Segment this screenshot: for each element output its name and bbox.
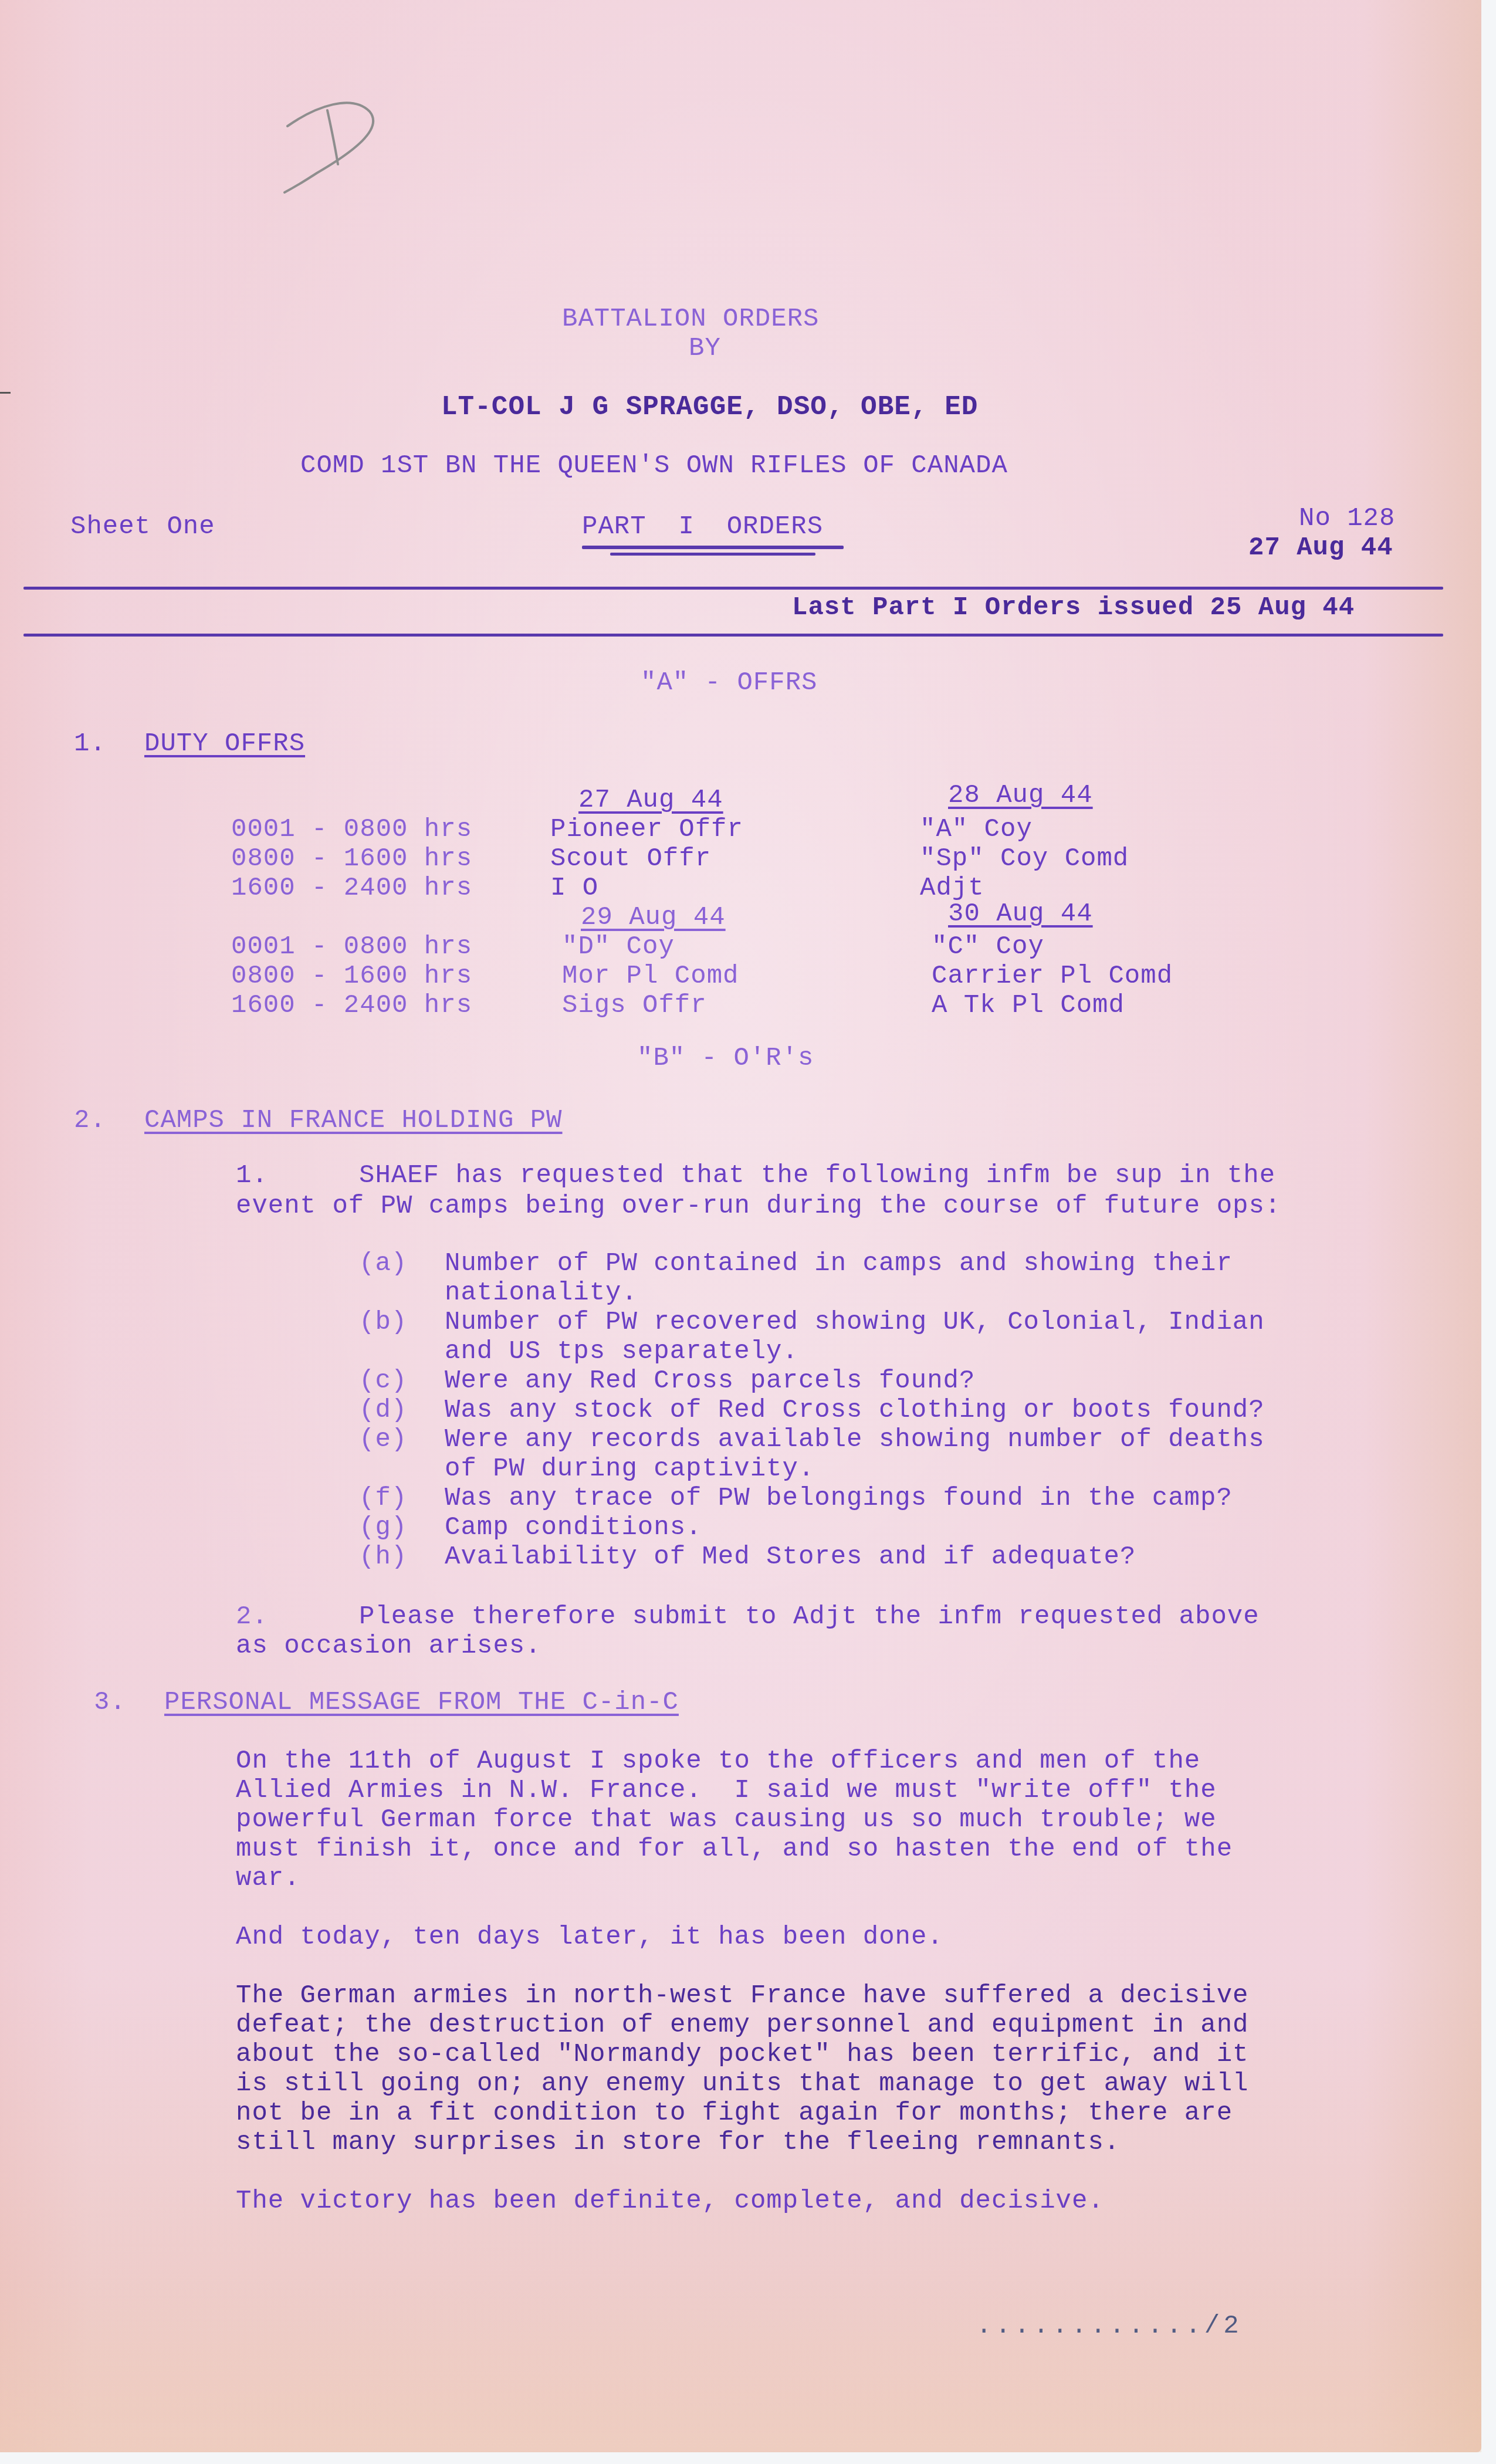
message-line: And today, ten days later, it has been d…	[236, 1922, 943, 1952]
message-line: The German armies in north-west France h…	[236, 1981, 1248, 2011]
section-3-number: 3.	[94, 1687, 126, 1718]
message-line: not be in a fit condition to fight again…	[236, 2098, 1233, 2128]
message-line: still many surprises in store for the fl…	[236, 2127, 1120, 2158]
margin-mark	[0, 392, 11, 394]
item-label: (e)	[359, 1424, 407, 1455]
title-line-2: BY	[689, 333, 721, 364]
message-line: must finish it, once and for all, and so…	[236, 1834, 1233, 1864]
item-text: and US tps separately.	[445, 1336, 798, 1367]
part-underline	[582, 546, 844, 549]
duty-assignment: Sigs Offr	[562, 990, 707, 1021]
handwritten-d-mark	[282, 94, 387, 199]
para-2-number: 2.	[236, 1602, 268, 1632]
section-1-title: DUTY OFFRS	[144, 729, 305, 759]
duty-date-27: 27 Aug 44	[578, 785, 723, 815]
header-rule-top	[23, 587, 1443, 590]
item-text: nationality.	[445, 1278, 638, 1308]
duty-date-28: 28 Aug 44	[948, 780, 1093, 811]
duty-assignment: Scout Offr	[550, 844, 711, 874]
item-text: Were any Red Cross parcels found?	[445, 1366, 975, 1396]
item-label: (h)	[359, 1542, 407, 1572]
title-line-1: BATTALION ORDERS	[562, 304, 819, 334]
item-text: Camp conditions.	[445, 1512, 702, 1543]
item-label: (f)	[359, 1483, 407, 1514]
duty-assignment: "D" Coy	[562, 932, 675, 962]
duty-date-30: 30 Aug 44	[948, 899, 1093, 929]
header-rule-bottom	[23, 634, 1443, 637]
para-2-line: as occasion arises.	[236, 1631, 541, 1661]
item-text: of PW during captivity.	[445, 1454, 814, 1484]
part-underline-2	[610, 553, 815, 556]
item-label: (c)	[359, 1366, 407, 1396]
duty-assignment: "A" Coy	[920, 814, 1033, 845]
item-text: Were any records available showing numbe…	[445, 1424, 1265, 1455]
message-line: Allied Armies in N.W. France. I said we …	[236, 1775, 1217, 1806]
document-page: BATTALION ORDERS BY LT-COL J G SPRAGGE, …	[0, 0, 1481, 2452]
duty-assignment: Carrier Pl Comd	[932, 961, 1173, 991]
item-text: Was any stock of Red Cross clothing or b…	[445, 1395, 1265, 1426]
commander-name: LT-COL J G SPRAGGE, DSO, OBE, ED	[441, 392, 978, 422]
part-heading: PART I ORDERS	[582, 512, 823, 542]
duty-date-29: 29 Aug 44	[581, 902, 726, 933]
para-2-line: Please therefore submit to Adjt the infm…	[359, 1602, 1260, 1632]
time-slot: 0001 - 0800 hrs	[231, 814, 472, 845]
item-label: (a)	[359, 1248, 407, 1279]
time-slot: 1600 - 2400 hrs	[231, 990, 472, 1021]
duty-assignment: "C" Coy	[932, 932, 1044, 962]
message-line: On the 11th of August I spoke to the off…	[236, 1746, 1200, 1776]
message-line: The victory has been definite, complete,…	[236, 2186, 1104, 2216]
order-date: 27 Aug 44	[1248, 533, 1393, 563]
message-line: war.	[236, 1863, 300, 1894]
last-orders-note: Last Part I Orders issued 25 Aug 44	[792, 593, 1355, 623]
continuation-marker: ............/2	[976, 2311, 1243, 2341]
item-label: (d)	[359, 1395, 407, 1426]
order-number: No 128	[1299, 503, 1395, 534]
para-1-number: 1.	[236, 1160, 268, 1191]
para-1-line: SHAEF has requested that the following i…	[359, 1160, 1275, 1191]
item-text: Availability of Med Stores and if adequa…	[445, 1542, 1136, 1572]
section-1-number: 1.	[74, 729, 106, 759]
unit-name: COMD 1ST BN THE QUEEN'S OWN RIFLES OF CA…	[300, 451, 1008, 481]
sheet-label: Sheet One	[70, 512, 215, 542]
section-2-number: 2.	[74, 1105, 106, 1136]
section-b-heading: "B" - O'R's	[637, 1043, 814, 1074]
time-slot: 0800 - 1600 hrs	[231, 961, 472, 991]
message-line: is still going on; any enemy units that …	[236, 2069, 1248, 2099]
section-2-title: CAMPS IN FRANCE HOLDING PW	[144, 1105, 563, 1136]
message-line: powerful German force that was causing u…	[236, 1805, 1217, 1835]
message-line: defeat; the destruction of enemy personn…	[236, 2010, 1248, 2040]
time-slot: 0001 - 0800 hrs	[231, 932, 472, 962]
duty-assignment: I O	[550, 873, 598, 903]
item-text: Number of PW recovered showing UK, Colon…	[445, 1307, 1265, 1338]
para-1-line: event of PW camps being over-run during …	[236, 1191, 1281, 1221]
duty-assignment: Pioneer Offr	[550, 814, 743, 845]
duty-assignment: A Tk Pl Comd	[932, 990, 1125, 1021]
message-line: about the so-called "Normandy pocket" ha…	[236, 2039, 1248, 2070]
section-3-title: PERSONAL MESSAGE FROM THE C-in-C	[164, 1687, 679, 1718]
item-label: (g)	[359, 1512, 407, 1543]
item-label: (b)	[359, 1307, 407, 1338]
time-slot: 1600 - 2400 hrs	[231, 873, 472, 903]
time-slot: 0800 - 1600 hrs	[231, 844, 472, 874]
section-a-heading: "A" - OFFRS	[641, 668, 817, 698]
duty-assignment: "Sp" Coy Comd	[920, 844, 1129, 874]
item-text: Was any trace of PW belongings found in …	[445, 1483, 1233, 1514]
item-text: Number of PW contained in camps and show…	[445, 1248, 1233, 1279]
duty-assignment: Mor Pl Comd	[562, 961, 739, 991]
